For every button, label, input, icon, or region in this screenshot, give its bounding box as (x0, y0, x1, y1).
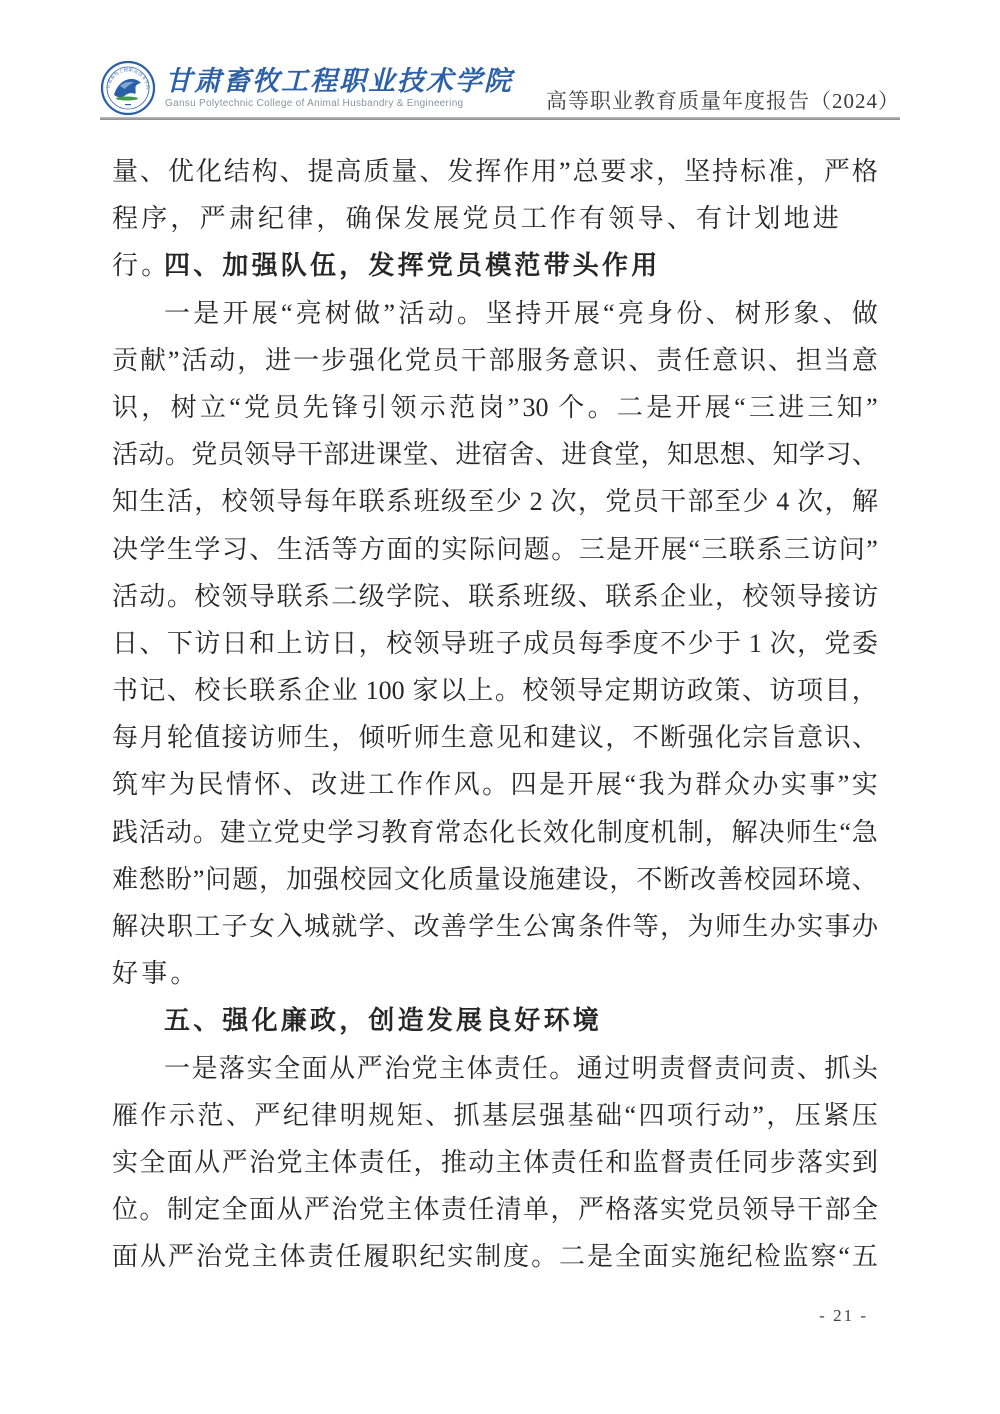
text-line: 程序，严肃纪律，确保发展党员工作有领导、有计划地进行。 (112, 195, 878, 242)
college-seal-icon: 甘肃畜牧工程职业技术学院 (100, 60, 156, 116)
document-page: 甘肃畜牧工程职业技术学院 甘肃畜牧工程职业技术学院 Gansu Polytech… (0, 0, 1000, 1414)
text-line: 贡献”活动，进一步强化党员干部服务意识、责任意识、担当意 (112, 337, 878, 384)
text-line: 难愁盼”问题，加强校园文化质量设施建设，不断改善校园环境、 (112, 856, 878, 903)
text-line: 日、下访日和上访日，校领导班子成员每季度不少于 1 次，党委 (112, 620, 878, 667)
text-line: 面从严治党主体责任履职纪实制度。二是全面实施纪检监察“五 (112, 1233, 878, 1280)
text-line: 一是开展“亮树做”活动。坚持开展“亮身份、树形象、做 (112, 290, 878, 337)
text-line: 解决职工子女入城就学、改善学生公寓条件等，为师生办实事办 (112, 903, 878, 950)
college-brand: 甘肃畜牧工程职业技术学院 甘肃畜牧工程职业技术学院 Gansu Polytech… (100, 60, 513, 116)
report-title: 高等职业教育质量年度报告（2024） (546, 85, 900, 116)
text-line: 知生活，校领导每年联系班级至少 2 次，党员干部至少 4 次，解 (112, 478, 878, 525)
text-line: 位。制定全面从严治党主体责任清单，严格落实党员领导干部全 (112, 1186, 878, 1233)
college-name-en: Gansu Polytechnic College of Animal Husb… (165, 98, 513, 109)
document-body: 量、优化结构、提高质量、发挥作用”总要求，坚持标准，严格程序，严肃纪律，确保发展… (112, 148, 878, 1281)
text-line: 决学生学习、生活等方面的实际问题。三是开展“三联系三访问” (112, 526, 878, 573)
page-header: 甘肃畜牧工程职业技术学院 甘肃畜牧工程职业技术学院 Gansu Polytech… (100, 58, 900, 116)
header-rule (100, 117, 900, 120)
text-line: 筑牢为民情怀、改进工作作风。四是开展“我为群众办实事”实 (112, 761, 878, 808)
page-number: - 21 - (819, 1306, 868, 1325)
text-line: 识，树立“党员先锋引领示范岗”30 个。二是开展“三进三知” (112, 384, 878, 431)
text-line: 好事。 (112, 950, 878, 997)
text-line: 活动。校领导联系二级学院、联系班级、联系企业，校领导接访 (112, 573, 878, 620)
text-line: 雁作示范、严纪律明规矩、抓基层强基础“四项行动”，压紧压 (112, 1092, 878, 1139)
text-line: 每月轮值接访师生，倾听师生意见和建议，不断强化宗旨意识、 (112, 714, 878, 761)
page-footer: - 21 - (112, 1306, 868, 1326)
college-name-zh: 甘肃畜牧工程职业技术学院 (165, 67, 513, 95)
college-name-block: 甘肃畜牧工程职业技术学院 Gansu Polytechnic College o… (165, 67, 513, 109)
text-line: 践活动。建立党史学习教育常态化长效化制度机制，解决师生“急 (112, 809, 878, 856)
section-heading: 五、强化廉政，创造发展良好环境 (112, 997, 878, 1044)
text-line: 量、优化结构、提高质量、发挥作用”总要求，坚持标准，严格 (112, 148, 878, 195)
text-line: 书记、校长联系企业 100 家以上。校领导定期访政策、访项目， (112, 667, 878, 714)
section-heading: 四、加强队伍，发挥党员模范带头作用 (112, 242, 878, 289)
text-line: 实全面从严治党主体责任，推动主体责任和监督责任同步落实到 (112, 1139, 878, 1186)
text-line: 活动。党员领导干部进课堂、进宿舍、进食堂，知思想、知学习、 (112, 431, 878, 478)
text-line: 一是落实全面从严治党主体责任。通过明责督责问责、抓头 (112, 1045, 878, 1092)
